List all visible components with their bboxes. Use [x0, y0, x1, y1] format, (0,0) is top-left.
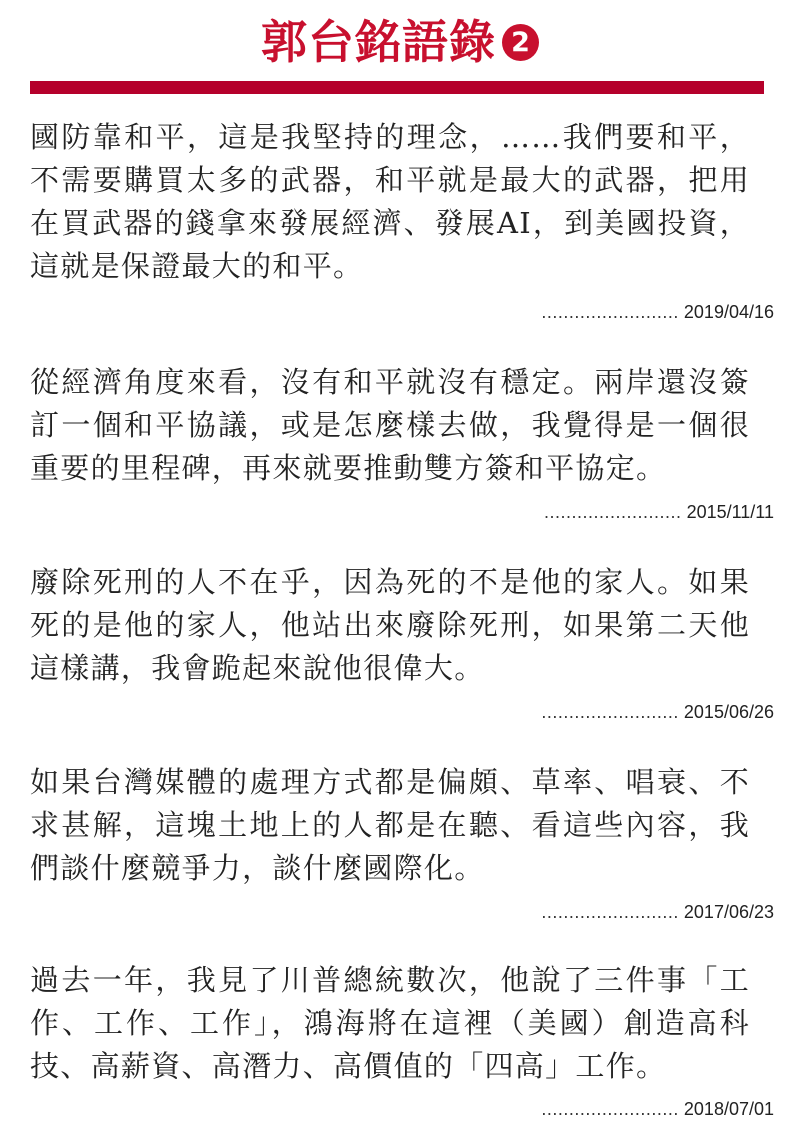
quote-item: 過去一年，我見了川普總統數次，他說了三件事「工作、工作、工作」，鴻海將在這裡（美… [30, 959, 750, 1088]
divider-rule [30, 81, 764, 94]
quote-date: 2015/11/11 [687, 502, 774, 522]
header: 郭台銘語錄 2 [0, 14, 800, 70]
quote-text: 從經濟角度來看，沒有和平就沒有穩定。兩岸還沒簽訂一個和平協議，或是怎麼樣去做，我… [30, 361, 750, 490]
quote-date-line: ......................... 2019/04/16 [541, 302, 774, 323]
quote-date: 2015/06/26 [684, 702, 774, 722]
dot-leader: ......................... [541, 702, 679, 722]
quote-text: 如果台灣媒體的處理方式都是偏頗、草率、唱衰、不求甚解，這塊土地上的人都是在聽、看… [30, 761, 750, 890]
dot-leader: ......................... [541, 302, 679, 322]
dot-leader: ......................... [541, 902, 679, 922]
quote-date-line: ......................... 2018/07/01 [541, 1099, 774, 1120]
quote-item: 如果台灣媒體的處理方式都是偏頗、草率、唱衰、不求甚解，這塊土地上的人都是在聽、看… [30, 761, 750, 890]
quote-item: 國防靠和平，這是我堅持的理念，……我們要和平，不需要購買太多的武器，和平就是最大… [30, 116, 750, 288]
dot-leader: ......................... [544, 502, 682, 522]
quote-text: 過去一年，我見了川普總統數次，他說了三件事「工作、工作、工作」，鴻海將在這裡（美… [30, 959, 750, 1088]
quote-date-line: ......................... 2015/06/26 [541, 702, 774, 723]
quote-date-line: ......................... 2015/11/11 [544, 502, 774, 523]
title-group: 郭台銘語錄 2 [261, 14, 539, 70]
badge-number: 2 [511, 29, 530, 56]
quote-text: 廢除死刑的人不在乎，因為死的不是他的家人。如果死的是他的家人，他站出來廢除死刑，… [30, 561, 750, 690]
quote-item: 廢除死刑的人不在乎，因為死的不是他的家人。如果死的是他的家人，他站出來廢除死刑，… [30, 561, 750, 690]
quote-date: 2019/04/16 [684, 302, 774, 322]
number-badge-icon: 2 [502, 24, 539, 61]
dot-leader: ......................... [541, 1099, 679, 1119]
quote-date-line: ......................... 2017/06/23 [541, 902, 774, 923]
quote-item: 從經濟角度來看，沒有和平就沒有穩定。兩岸還沒簽訂一個和平協議，或是怎麼樣去做，我… [30, 361, 750, 490]
page-title: 郭台銘語錄 [261, 14, 496, 70]
quote-text: 國防靠和平，這是我堅持的理念，……我們要和平，不需要購買太多的武器，和平就是最大… [30, 116, 750, 288]
quote-date: 2017/06/23 [684, 902, 774, 922]
quote-date: 2018/07/01 [684, 1099, 774, 1119]
